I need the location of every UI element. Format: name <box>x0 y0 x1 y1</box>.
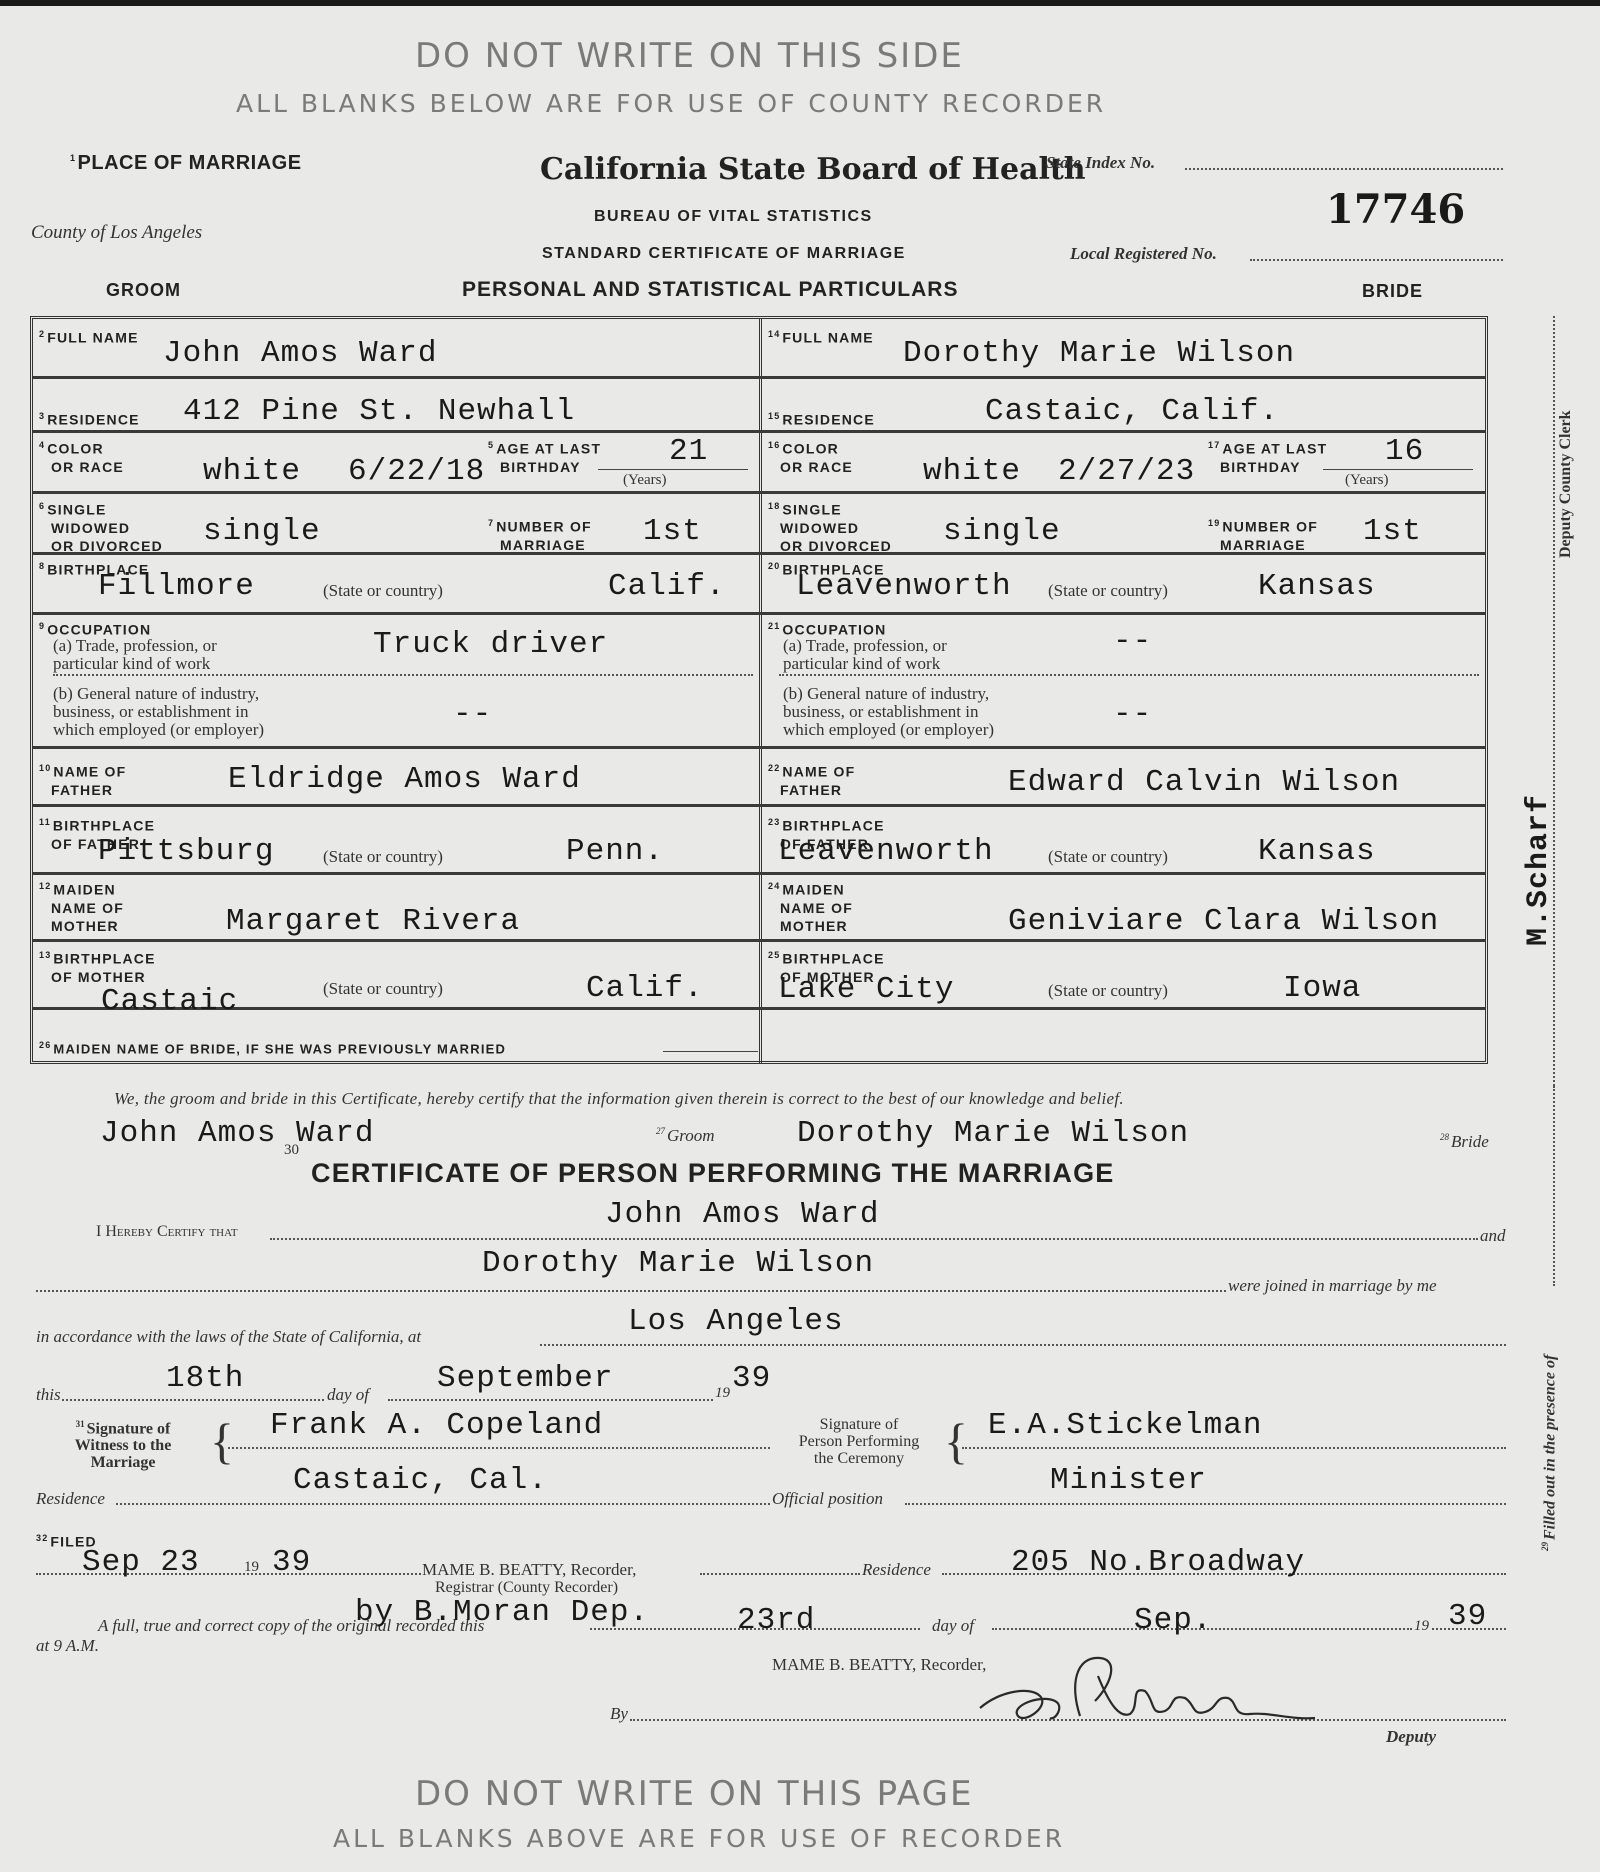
label-text: Signature of <box>820 1416 899 1433</box>
state-or-country-label: (State or country) <box>323 979 443 999</box>
marriage-certificate: DO NOT WRITE ON THIS SIDE ALL BLANKS BEL… <box>0 0 1600 1872</box>
marriage-year: 39 <box>732 1361 771 1396</box>
filed-date: Sep 23 <box>82 1545 200 1580</box>
groom-marriage-number-label: 7NUMBER OFMARRIAGE <box>488 514 592 554</box>
bride-occupation-industry: -- <box>1113 697 1152 732</box>
bride-birthdate: 2/27/23 <box>1058 454 1195 489</box>
top-banner-warning: DO NOT WRITE ON THIS SIDE <box>415 36 964 76</box>
bride-birthplace-city: Leavenworth <box>796 569 1012 604</box>
field-number: 1 <box>70 153 76 163</box>
occupation-a-label: (a) Trade, profession, orparticular kind… <box>783 637 947 673</box>
witness-name: Frank A. Copeland <box>270 1408 603 1443</box>
field-number: 3 <box>39 411 45 421</box>
label-text: Person Performing <box>799 1433 919 1450</box>
marriage-month: September <box>437 1361 613 1396</box>
age-line <box>1323 469 1473 470</box>
witness-line <box>228 1447 770 1449</box>
field-number: 9 <box>39 621 45 631</box>
label-text: NAME OF <box>780 900 853 916</box>
field-number: 4 <box>39 440 45 450</box>
groom-occupation-trade: Truck driver <box>373 627 608 662</box>
recorder-residence-label: Residence <box>862 1560 931 1580</box>
by-label: By <box>610 1704 628 1724</box>
row-divider <box>33 612 1485 615</box>
field-number: 26 <box>39 1040 51 1050</box>
label-text: BIRTHPLACE <box>53 951 155 967</box>
label-text: OF MOTHER <box>51 969 146 985</box>
certified-person-1: John Amos Ward <box>605 1197 879 1232</box>
bride-signature: Dorothy Marie Wilson <box>797 1116 1189 1151</box>
groom-birthdate: 6/22/18 <box>348 454 485 489</box>
field-number: 31 <box>76 1419 85 1429</box>
label-text: (b) General nature of industry, <box>783 684 989 703</box>
margin-deputy-line <box>1553 316 1555 1086</box>
section-number: 30 <box>284 1142 299 1159</box>
bride-mother-name-label: 24MAIDENNAME OFMOTHER <box>768 877 853 935</box>
recorder-residence: 205 No.Broadway <box>1011 1545 1305 1580</box>
state-or-country-label: (State or country) <box>323 847 443 867</box>
row-divider <box>33 430 1485 433</box>
bride-residence: Castaic, Calif. <box>985 394 1279 429</box>
field-number: 8 <box>39 561 45 571</box>
label-text: Signature of <box>87 1420 171 1437</box>
copy-month: Sep. <box>1134 1603 1212 1638</box>
deputy-county-clerk-label: Deputy County Clerk <box>1557 410 1575 558</box>
label-text: MOTHER <box>780 918 848 934</box>
bride-residence-label: 15RESIDENCE <box>768 407 875 429</box>
place-of-marriage-heading: 1PLACE OF MARRIAGE <box>70 152 302 175</box>
groom-birthplace-state: Calif. <box>608 569 726 604</box>
row-divider <box>33 491 1485 494</box>
label-text: BIRTHPLACE <box>782 951 884 967</box>
label-text: MARRIAGE <box>500 537 586 553</box>
laws-label: in accordance with the laws of the State… <box>36 1327 421 1347</box>
copy-day: 23rd <box>737 1603 815 1638</box>
label-text: SINGLE <box>782 502 841 518</box>
bride-marital-status: single <box>943 514 1061 549</box>
copy-century: 19 <box>1414 1618 1429 1635</box>
performer-signature-label: Signature ofPerson Performingthe Ceremon… <box>774 1416 944 1467</box>
label-text: SINGLE <box>47 502 106 518</box>
groom-father-name: Eldridge Amos Ward <box>228 762 581 797</box>
row-divider <box>33 746 1485 749</box>
label-text: WIDOWED <box>51 520 130 536</box>
marriage-day: 18th <box>166 1361 244 1396</box>
groom-color: white <box>203 454 301 489</box>
bride-mother-birthplace-city: Lake City <box>778 972 954 1007</box>
bride-marital-label: 18SINGLEWIDOWEDOR DIVORCED <box>768 497 892 555</box>
brace: { <box>210 1414 234 1468</box>
label-text: FULL NAME <box>47 330 138 346</box>
state-index-field <box>1185 168 1503 170</box>
bottom-banner-warning: DO NOT WRITE ON THIS PAGE <box>415 1774 973 1814</box>
label-text: particular kind of work <box>783 654 940 673</box>
state-or-country-label: (State or country) <box>323 581 443 601</box>
label-text: FULL NAME <box>782 330 873 346</box>
deputy-county-clerk-name: M.Scharf <box>1522 794 1556 946</box>
filled-in-presence-label: 29Filled out in the presence of <box>1540 1355 1559 1551</box>
groom-age: 21 <box>669 434 708 469</box>
label-text: which employed (or employer) <box>53 720 264 739</box>
groom-full-name-label: 2FULL NAME <box>39 325 139 347</box>
copy-year: 39 <box>1448 1599 1487 1634</box>
field-number: 24 <box>768 881 780 891</box>
bride-full-name-label: 14FULL NAME <box>768 325 874 347</box>
field-number: 17 <box>1208 440 1220 450</box>
copy-time: at 9 A.M. <box>36 1636 99 1656</box>
filed-year: 39 <box>272 1545 311 1580</box>
groom-age-label: 5AGE AT LASTBIRTHDAY <box>488 436 601 476</box>
groom-residence: 412 Pine St. Newhall <box>183 394 575 429</box>
label-text: NAME OF <box>51 900 124 916</box>
field-number: 22 <box>768 763 780 773</box>
groom-color-label: 4COLOROR RACE <box>39 436 124 476</box>
groom-marital-label: 6SINGLEWIDOWEDOR DIVORCED <box>39 497 163 555</box>
label-text: OR DIVORCED <box>51 538 163 554</box>
local-registered-label: Local Registered No. <box>1070 244 1217 264</box>
groom-father-birthplace-state: Penn. <box>566 834 664 869</box>
label-text: (b) General nature of industry, <box>53 684 259 703</box>
label-text: MAIDEN <box>782 882 844 898</box>
by-deputy: by B.Moran Dep. <box>355 1595 649 1630</box>
certified-person-2: Dorothy Marie Wilson <box>482 1246 874 1281</box>
person1-line <box>270 1238 1478 1240</box>
label-text: MARRIAGE <box>1220 537 1306 553</box>
groom-mother-birthplace-city: Castaic <box>101 984 238 1019</box>
bride-age: 16 <box>1385 434 1424 469</box>
person2-line <box>36 1290 1226 1292</box>
filed-century: 19 <box>244 1559 259 1576</box>
recorder-name-2: MAME B. BEATTY, Recorder, <box>772 1655 986 1675</box>
day-line <box>62 1399 324 1401</box>
row-divider <box>33 804 1485 807</box>
bottom-banner-instructions: ALL BLANKS ABOVE ARE FOR USE OF RECORDER <box>333 1824 1065 1853</box>
field-number: 25 <box>768 950 780 960</box>
label-text: MAIDEN <box>53 882 115 898</box>
label-text: FATHER <box>780 782 842 798</box>
particulars-table: 2FULL NAME John Amos Ward 3RESIDENCE 412… <box>30 316 1488 1064</box>
groom-mother-maiden-name: Margaret Rivera <box>226 904 520 939</box>
bride-color-label: 16COLOROR RACE <box>768 436 853 476</box>
label-text: MAIDEN NAME OF BRIDE, IF SHE WAS PREVIOU… <box>53 1041 506 1056</box>
witness-residence: Castaic, Cal. <box>293 1463 548 1498</box>
label-text: COLOR <box>47 441 104 457</box>
occupation-line <box>779 674 1479 676</box>
groom-father-birthplace-city: Pittsburg <box>98 834 274 869</box>
field-number: 20 <box>768 561 780 571</box>
bureau-title: BUREAU OF VITAL STATISTICS <box>594 208 873 226</box>
label-text: NUMBER OF <box>496 519 592 535</box>
groom-birthplace-city: Fillmore <box>98 569 255 604</box>
field-number: 29 <box>1540 1542 1550 1551</box>
field-number: 19 <box>1208 518 1220 528</box>
row-divider <box>33 939 1485 942</box>
state-or-country-label: (State or country) <box>1048 981 1168 1001</box>
field-number: 10 <box>39 763 51 773</box>
label-text: which employed (or employer) <box>783 720 994 739</box>
label-text: NAME OF <box>782 764 855 780</box>
field-number: 11 <box>39 817 51 827</box>
label-text: (a) Trade, profession, or <box>53 636 217 655</box>
label-text: WIDOWED <box>780 520 859 536</box>
field-number: 6 <box>39 501 45 511</box>
label-text: business, or establishment in <box>783 702 978 721</box>
bride-previous-maiden-name-label: 26MAIDEN NAME OF BRIDE, IF SHE WAS PREVI… <box>39 1036 506 1058</box>
marriage-location: Los Angeles <box>628 1304 844 1339</box>
place-of-marriage-label: PLACE OF MARRIAGE <box>78 152 302 174</box>
bride-marriage-number-label: 19NUMBER OFMARRIAGE <box>1208 514 1318 554</box>
certificate-number: 17746 <box>1326 186 1465 233</box>
label-text: Groom <box>667 1126 715 1145</box>
label-text: OR RACE <box>51 459 124 475</box>
bride-previous-maiden-name-field <box>663 1051 758 1052</box>
years-label: (Years) <box>623 472 666 489</box>
row-divider <box>33 1007 1485 1010</box>
bride-heading: BRIDE <box>1362 281 1423 302</box>
field-number: 28 <box>1440 1132 1449 1142</box>
bride-color: white <box>923 454 1021 489</box>
label-text: Bride <box>1451 1132 1489 1151</box>
century-label: 19 <box>715 1385 730 1402</box>
field-number: 15 <box>768 411 780 421</box>
label-text: BIRTHPLACE <box>782 818 884 834</box>
label-text: NUMBER OF <box>1222 519 1318 535</box>
label-text: BIRTHPLACE <box>53 818 155 834</box>
bride-occupation-trade: -- <box>1113 624 1152 659</box>
presence-line <box>1553 1086 1555 1286</box>
bride-father-birthplace-city: Leavenworth <box>778 834 994 869</box>
state-or-country-label: (State or country) <box>1048 581 1168 601</box>
bride-mother-birthplace-state: Iowa <box>1283 971 1361 1006</box>
groom-signature-label: 27Groom <box>656 1126 715 1146</box>
official-position: Minister <box>1050 1463 1207 1498</box>
recorder-name: MAME B. BEATTY, Recorder, <box>422 1560 636 1580</box>
years-label: (Years) <box>1345 472 1388 489</box>
label-text: COLOR <box>782 441 839 457</box>
this-label: this <box>36 1385 61 1405</box>
bride-full-name: Dorothy Marie Wilson <box>903 336 1295 371</box>
groom-heading: GROOM <box>106 280 181 301</box>
bride-signature-label: 28Bride <box>1440 1132 1489 1152</box>
month-line <box>388 1399 713 1401</box>
field-number: 23 <box>768 817 780 827</box>
label-text: RESIDENCE <box>47 412 139 428</box>
label-text: OR DIVORCED <box>780 538 892 554</box>
groom-mother-name-label: 12MAIDENNAME OFMOTHER <box>39 877 124 935</box>
field-number: 21 <box>768 621 780 631</box>
groom-signature: John Amos Ward <box>100 1116 374 1151</box>
copy-day-of-label: day of <box>932 1616 974 1636</box>
label-text: (a) Trade, profession, or <box>783 636 947 655</box>
groom-mother-birthplace-state: Calif. <box>586 971 704 1006</box>
groom-residence-label: 3RESIDENCE <box>39 407 140 429</box>
local-registered-field <box>1250 259 1503 261</box>
occupation-b-label: (b) General nature of industry,business,… <box>53 685 264 739</box>
row-divider <box>33 872 1485 875</box>
bride-age-label: 17AGE AT LASTBIRTHDAY <box>1208 436 1327 476</box>
bride-marriage-number: 1st <box>1363 514 1422 549</box>
label-text: the Ceremony <box>814 1450 904 1467</box>
age-line <box>598 469 748 470</box>
bride-birthplace-state: Kansas <box>1258 569 1376 604</box>
county-label: County of Los Angeles <box>31 222 202 244</box>
bride-father-name: Edward Calvin Wilson <box>1008 765 1400 800</box>
row-divider <box>33 376 1485 379</box>
state-or-country-label: (State or country) <box>1048 847 1168 867</box>
performer-name: E.A.Stickelman <box>988 1408 1262 1443</box>
label-text: Witness to the <box>75 1437 172 1454</box>
label-text: business, or establishment in <box>53 702 248 721</box>
state-index-label: State Index No. <box>1046 153 1155 173</box>
official-position-label: Official position <box>772 1489 883 1509</box>
label-text: BIRTHDAY <box>500 459 581 475</box>
field-number: 12 <box>39 881 51 891</box>
performer-line <box>962 1447 1506 1449</box>
label-text: particular kind of work <box>53 654 210 673</box>
witness-residence-label: Residence <box>36 1489 105 1509</box>
groom-mother-birthplace-label: 13BIRTHPLACEOF MOTHER <box>39 946 156 986</box>
label-text: Filled out in the presence of <box>1541 1355 1558 1540</box>
officiant-certificate-title: CERTIFICATE OF PERSON PERFORMING THE MAR… <box>311 1158 1115 1189</box>
location-line <box>540 1344 1506 1346</box>
certification-statement: We, the groom and bride in this Certific… <box>114 1089 1124 1109</box>
witness-residence-line <box>116 1503 770 1505</box>
deputy-label: Deputy <box>1386 1727 1436 1747</box>
label-text: Marriage <box>91 1454 156 1471</box>
field-number: 14 <box>768 329 780 339</box>
label-text: MOTHER <box>51 918 119 934</box>
certificate-type: STANDARD CERTIFICATE OF MARRIAGE <box>542 245 906 263</box>
groom-marriage-number: 1st <box>643 514 702 549</box>
field-number: 18 <box>768 501 780 511</box>
field-number: 13 <box>39 950 51 960</box>
and-label: and <box>1480 1226 1506 1246</box>
label-text: FATHER <box>51 782 113 798</box>
field-number: 32 <box>36 1533 48 1543</box>
label-text: RESIDENCE <box>782 412 874 428</box>
label-text: AGE AT LAST <box>1222 441 1327 457</box>
witness-signature-label: 31Signature ofWitness to theMarriage <box>48 1416 198 1471</box>
occupation-line <box>53 674 753 676</box>
handwritten-signature <box>970 1646 1350 1736</box>
label-text: AGE AT LAST <box>496 441 601 457</box>
field-number: 5 <box>488 440 494 450</box>
label-text: OR RACE <box>780 459 853 475</box>
field-number: 2 <box>39 329 45 339</box>
day-of-label: day of <box>327 1385 369 1405</box>
groom-father-name-label: 10NAME OFFATHER <box>39 759 126 799</box>
occupation-a-label: (a) Trade, profession, orparticular kind… <box>53 637 217 673</box>
groom-occupation-industry: -- <box>453 697 492 732</box>
joined-in-marriage-label: were joined in marriage by me <box>1228 1276 1437 1296</box>
field-number: 16 <box>768 440 780 450</box>
groom-full-name: John Amos Ward <box>163 336 437 371</box>
bride-father-birthplace-state: Kansas <box>1258 834 1376 869</box>
hereby-certify-label: I Hereby Certify that <box>96 1223 238 1241</box>
label-text: BIRTHDAY <box>1220 459 1301 475</box>
label-text: NAME OF <box>53 764 126 780</box>
particulars-heading: PERSONAL AND STATISTICAL PARTICULARS <box>462 278 958 302</box>
top-banner-instructions: ALL BLANKS BELOW ARE FOR USE OF COUNTY R… <box>236 89 1106 118</box>
brace: { <box>944 1414 968 1468</box>
occupation-b-label: (b) General nature of industry,business,… <box>783 685 994 739</box>
board-of-health-title: California State Board of Health <box>540 152 1086 187</box>
bride-father-name-label: 22NAME OFFATHER <box>768 759 855 799</box>
official-position-line <box>905 1503 1506 1505</box>
groom-marital-status: single <box>203 514 321 549</box>
recorder-line <box>700 1573 860 1575</box>
bride-mother-maiden-name: Geniviare Clara Wilson <box>1008 904 1439 939</box>
field-number: 7 <box>488 518 494 528</box>
field-number: 27 <box>656 1126 665 1136</box>
